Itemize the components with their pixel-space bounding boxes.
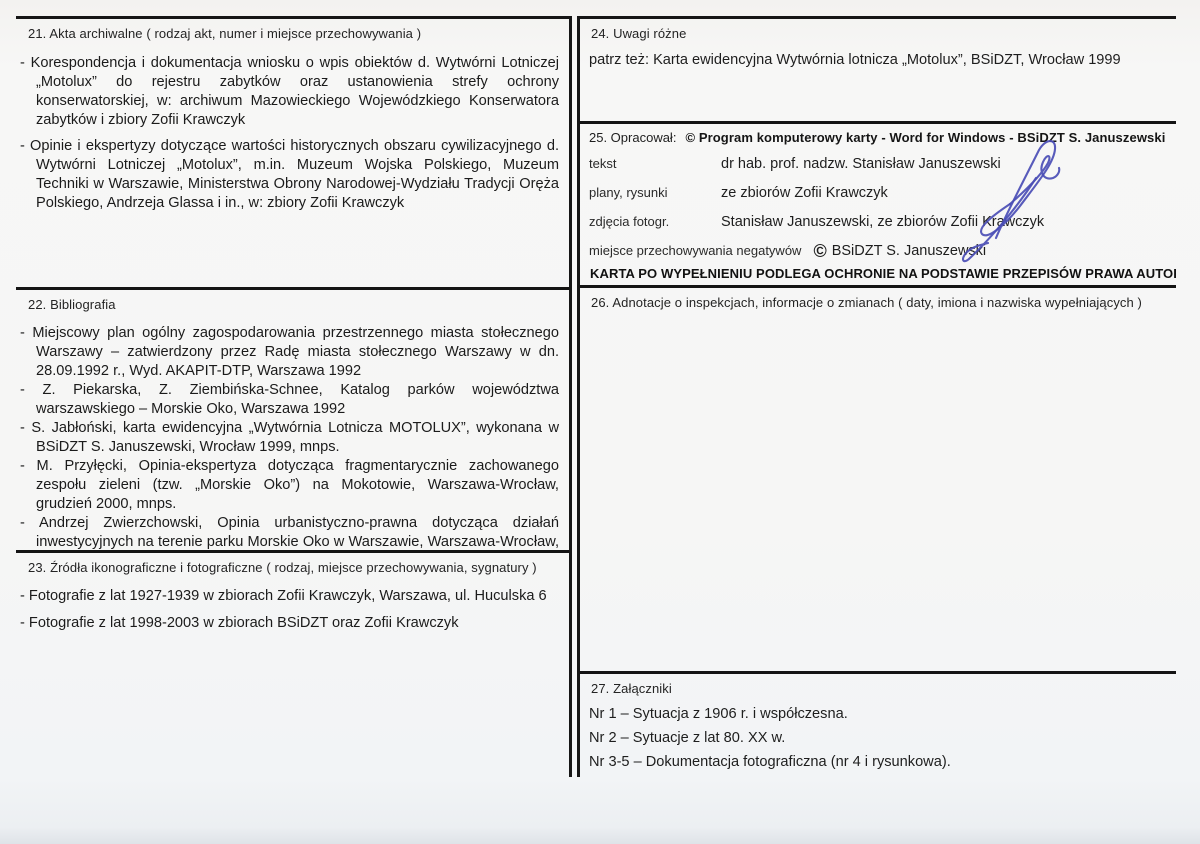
section-26-title: 26. Adnotacje o inspekcjach, informacje … [589, 288, 1166, 310]
section-25-header: 25. Opracował:© Program komputerowy kart… [589, 124, 1166, 145]
section-24-uwagi-rozne: 24. Uwagi różne patrz też: Karta ewidenc… [580, 19, 1176, 124]
section-26-adnotacje: 26. Adnotacje o inspekcjach, informacje … [580, 288, 1176, 674]
copyright-notice: KARTA PO WYPEŁNIENIU PODLEGA OCHRONIE NA… [590, 266, 1166, 281]
author-row-miejsce-negatywow: miejsce przechowywania negatywów©BSiDZT … [589, 241, 1166, 261]
copyright-icon: © [813, 241, 826, 261]
row-value: dr hab. prof. nadzw. Stanisław Januszews… [721, 156, 1001, 172]
photo-source-item: - Fotografie z lat 1998-2003 w zbiorach … [20, 614, 559, 633]
author-row-plany-rysunki: plany, rysunkize zbiorów Zofii Krawczyk [589, 183, 1166, 203]
bibliography-list: - Miejscowy plan ogólny zagospodarowania… [20, 324, 559, 553]
attachment-item: Nr 1 – Sytuacja z 1906 r. i współczesna. [589, 705, 1166, 724]
row-label: plany, rysunki [589, 183, 721, 202]
author-row-zdjecia-fotogr: zdjęcia fotogr.Stanisław Januszewski, ze… [589, 212, 1166, 232]
bibliography-item: - Miejscowy plan ogólny zagospodarowania… [20, 324, 559, 381]
row-label: zdjęcia fotogr. [589, 212, 721, 231]
archival-item: - Korespondencja i dokumentacja wniosku … [20, 54, 559, 130]
author-row-tekst: tekstdr hab. prof. nadzw. Stanisław Janu… [589, 154, 1166, 174]
bibliography-item: - Andrzej Zwierzchowski, Opinia urbanist… [20, 514, 559, 553]
bibliography-item: - S. Jabłoński, karta ewidencyjna „Wytwó… [20, 419, 559, 457]
bibliography-item: - Z. Piekarska, Z. Ziembińska-Schnee, Ka… [20, 381, 559, 419]
section-27-zalaczniki: 27. Załączniki Nr 1 – Sytuacja z 1906 r.… [580, 674, 1176, 777]
archival-item: - Opinie i ekspertyzy dotyczące wartości… [20, 137, 559, 213]
section-25-opracowal: 25. Opracował:© Program komputerowy kart… [580, 124, 1176, 288]
section-24-title: 24. Uwagi różne [589, 19, 1166, 41]
remark-note: patrz też: Karta ewidencyjna Wytwórnia l… [589, 52, 1166, 68]
row-value: Stanisław Januszewski, ze zbiorów Zofii … [721, 214, 1044, 230]
photo-source-item: - Fotografie z lat 1927-1939 w zbiorach … [20, 587, 559, 606]
row-value: BSiDZT S. Januszewski [832, 243, 986, 259]
program-copyright-line: © Program komputerowy karty - Word for W… [685, 130, 1165, 145]
section-21-akta-archiwalne: 21. Akta archiwalne ( rodzaj akt, numer … [16, 19, 569, 290]
section-21-title: 21. Akta archiwalne ( rodzaj akt, numer … [20, 19, 559, 41]
scanned-record-card-page: 21. Akta archiwalne ( rodzaj akt, numer … [0, 0, 1200, 844]
section-25-title: 25. Opracował: [589, 130, 676, 145]
section-23-title: 23. Źródła ikonograficzne i fotograficzn… [20, 553, 559, 575]
attachment-item: Nr 2 – Sytuacje z lat 80. XX w. [589, 729, 1166, 748]
left-column: 21. Akta archiwalne ( rodzaj akt, numer … [16, 16, 572, 777]
attachment-item: Nr 3-5 – Dokumentacja fotograficzna (nr … [589, 753, 1166, 772]
section-22-bibliografia: 22. Bibliografia - Miejscowy plan ogólny… [16, 290, 569, 553]
section-27-title: 27. Załączniki [589, 674, 1166, 696]
row-value: ze zbiorów Zofii Krawczyk [721, 185, 888, 201]
section-22-title: 22. Bibliografia [20, 290, 559, 312]
section-23-zrodla-ikonograficzne: 23. Źródła ikonograficzne i fotograficzn… [16, 553, 569, 777]
row-label: miejsce przechowywania negatywów [589, 241, 801, 260]
right-column: 24. Uwagi różne patrz też: Karta ewidenc… [577, 16, 1176, 777]
bibliography-item: - M. Przyłęcki, Opinia-ekspertyza dotycz… [20, 457, 559, 514]
row-label: tekst [589, 154, 721, 173]
